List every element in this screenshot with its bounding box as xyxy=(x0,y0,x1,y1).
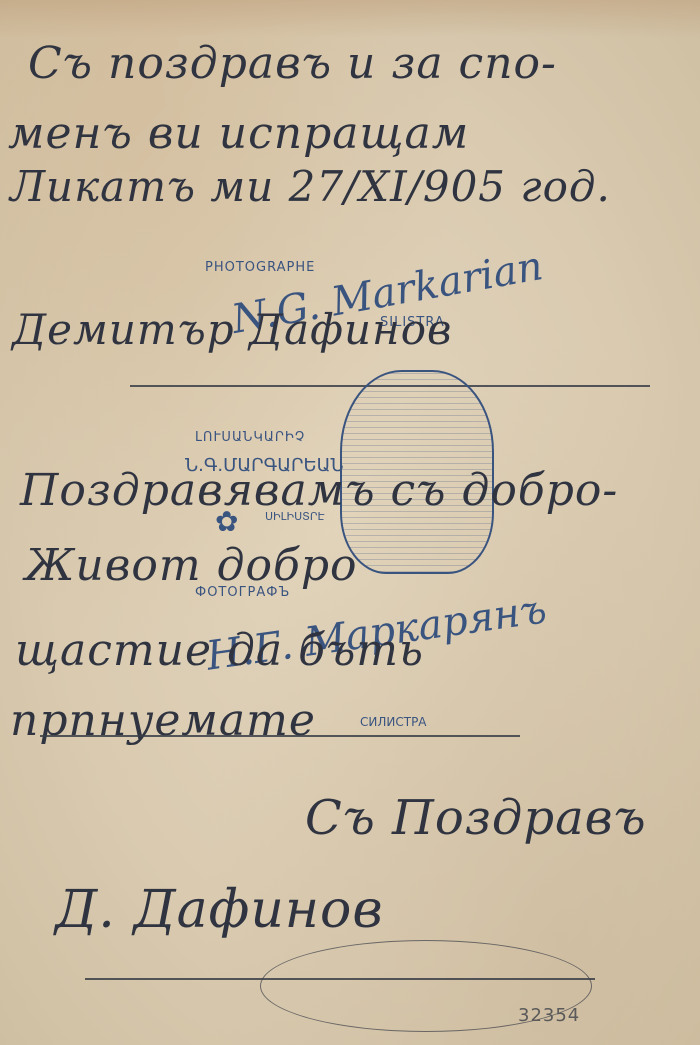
handwriting-line-6: Живот добро xyxy=(25,540,357,591)
handwriting-line-4: Демитър Дафинов xyxy=(12,305,452,354)
imprint-label-russian: ФОТОГРАФЪ xyxy=(195,585,290,600)
signature: Д. Дафинов xyxy=(55,880,384,940)
closing-greeting: Съ Поздравъ xyxy=(305,790,647,846)
handwriting-line-2: менъ ви испращам xyxy=(8,108,469,159)
signature-underline xyxy=(85,978,595,980)
handwriting-line-1: Съ поздравъ и за спо- xyxy=(28,38,557,89)
handwriting-line-7: щастие да бъть xyxy=(15,625,424,676)
top-stain xyxy=(0,0,700,38)
imprint-label-photographe: PHOTOGRAPHE xyxy=(205,260,315,275)
handwriting-line-3: Ликатъ ми 27/XI/905 год. xyxy=(10,162,611,211)
handwriting-line-5: Поздравявамъ съ добро- xyxy=(20,465,618,516)
photo-card-back: Съ поздравъ и за спо- менъ ви испращам Л… xyxy=(0,0,700,1045)
imprint-city-cyrillic: СИЛИСТРА xyxy=(360,715,427,729)
handwriting-line-8: прпнуемате xyxy=(10,695,316,746)
underline-stroke-2 xyxy=(40,735,520,737)
imprint-label-armenian: ԼՈՒՍԱՆԿԱՐԻՉ xyxy=(195,430,305,445)
archive-number: 32354 xyxy=(518,1005,580,1026)
